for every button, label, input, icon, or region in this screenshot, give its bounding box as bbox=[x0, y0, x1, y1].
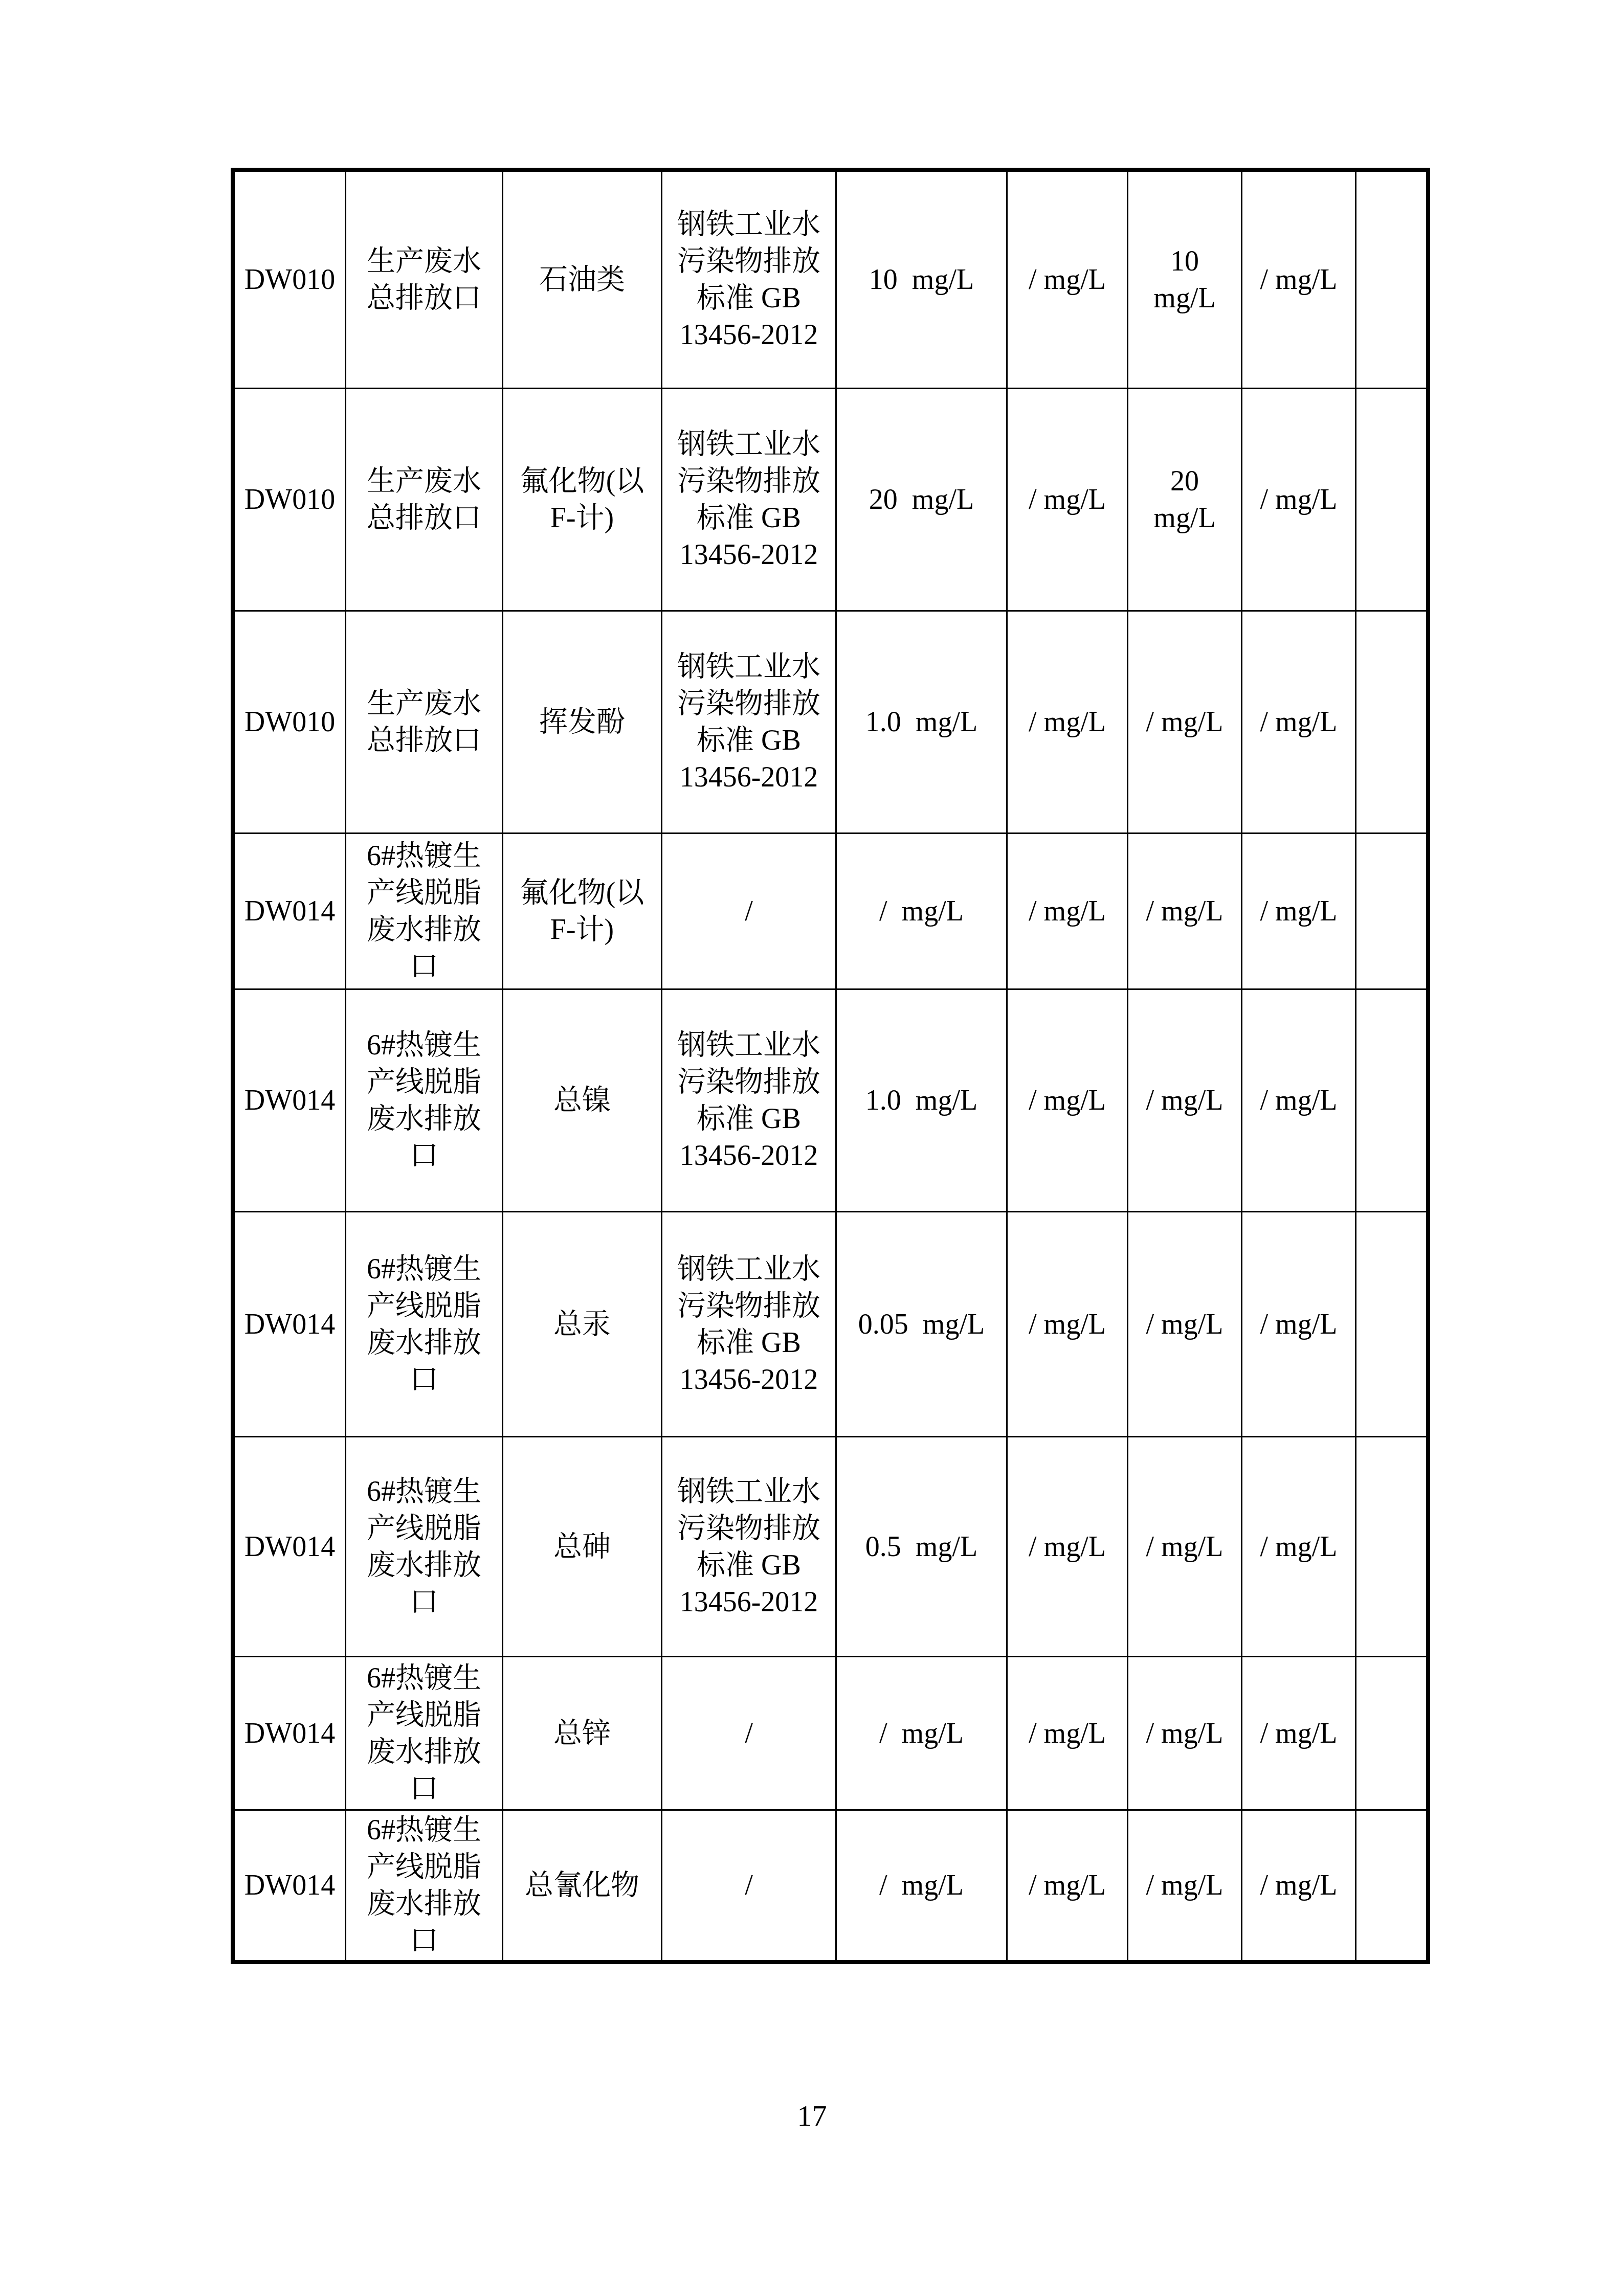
cell-standard: / bbox=[662, 1657, 837, 1811]
cell-blank bbox=[1356, 834, 1426, 990]
cell-value2: / mg/L bbox=[1128, 612, 1242, 834]
cell-outlet-code: DW014 bbox=[235, 1212, 346, 1437]
cell-outlet-name: 6#热镀生 产线脱脂 废水排放 口 bbox=[346, 834, 503, 990]
cell-limit: / mg/L bbox=[837, 834, 1008, 990]
cell-pollutant: 挥发酚 bbox=[503, 612, 662, 834]
cell-blank bbox=[1356, 612, 1426, 834]
cell-blank bbox=[1356, 389, 1426, 612]
document-page: DW010 生产废水 总排放口 石油类 钢铁工业水 污染物排放 标准 GB 13… bbox=[0, 0, 1624, 2296]
page-number: 17 bbox=[0, 2101, 1624, 2131]
cell-blank bbox=[1356, 172, 1426, 389]
cell-standard: 钢铁工业水 污染物排放 标准 GB 13456-2012 bbox=[662, 389, 837, 612]
cell-outlet-name: 6#热镀生 产线脱脂 废水排放 口 bbox=[346, 990, 503, 1212]
cell-value1: / mg/L bbox=[1008, 990, 1128, 1212]
cell-outlet-code: DW010 bbox=[235, 612, 346, 834]
cell-pollutant: 总氰化物 bbox=[503, 1811, 662, 1960]
monitoring-table: DW010 生产废水 总排放口 石油类 钢铁工业水 污染物排放 标准 GB 13… bbox=[231, 168, 1430, 1964]
cell-outlet-name: 6#热镀生 产线脱脂 废水排放 口 bbox=[346, 1212, 503, 1437]
cell-outlet-name: 生产废水 总排放口 bbox=[346, 389, 503, 612]
cell-limit: 10 mg/L bbox=[837, 172, 1008, 389]
cell-outlet-code: DW010 bbox=[235, 389, 346, 612]
cell-outlet-code: DW010 bbox=[235, 172, 346, 389]
cell-standard: 钢铁工业水 污染物排放 标准 GB 13456-2012 bbox=[662, 990, 837, 1212]
cell-value1: / mg/L bbox=[1008, 389, 1128, 612]
cell-value3: / mg/L bbox=[1242, 1437, 1356, 1657]
cell-blank bbox=[1356, 1657, 1426, 1811]
cell-value3: / mg/L bbox=[1242, 389, 1356, 612]
cell-pollutant: 总汞 bbox=[503, 1212, 662, 1437]
cell-standard: / bbox=[662, 1811, 837, 1960]
cell-value1: / mg/L bbox=[1008, 1657, 1128, 1811]
cell-outlet-code: DW014 bbox=[235, 1657, 346, 1811]
cell-value3: / mg/L bbox=[1242, 612, 1356, 834]
cell-value3: / mg/L bbox=[1242, 172, 1356, 389]
cell-standard: 钢铁工业水 污染物排放 标准 GB 13456-2012 bbox=[662, 1212, 837, 1437]
cell-value1: / mg/L bbox=[1008, 1437, 1128, 1657]
cell-value2: / mg/L bbox=[1128, 1437, 1242, 1657]
cell-limit: 20 mg/L bbox=[837, 389, 1008, 612]
cell-outlet-code: DW014 bbox=[235, 834, 346, 990]
cell-outlet-name: 生产废水 总排放口 bbox=[346, 612, 503, 834]
cell-blank bbox=[1356, 1437, 1426, 1657]
cell-value2: / mg/L bbox=[1128, 834, 1242, 990]
cell-blank bbox=[1356, 1811, 1426, 1960]
cell-value1: / mg/L bbox=[1008, 834, 1128, 990]
cell-value2: / mg/L bbox=[1128, 1657, 1242, 1811]
cell-value3: / mg/L bbox=[1242, 1212, 1356, 1437]
cell-value3: / mg/L bbox=[1242, 1811, 1356, 1960]
cell-outlet-code: DW014 bbox=[235, 990, 346, 1212]
cell-limit: 1.0 mg/L bbox=[837, 990, 1008, 1212]
cell-value3: / mg/L bbox=[1242, 1657, 1356, 1811]
cell-blank bbox=[1356, 1212, 1426, 1437]
cell-pollutant: 氟化物(以 F-计) bbox=[503, 389, 662, 612]
cell-value1: / mg/L bbox=[1008, 1212, 1128, 1437]
cell-outlet-code: DW014 bbox=[235, 1437, 346, 1657]
cell-standard: 钢铁工业水 污染物排放 标准 GB 13456-2012 bbox=[662, 1437, 837, 1657]
cell-standard: / bbox=[662, 834, 837, 990]
cell-standard: 钢铁工业水 污染物排放 标准 GB 13456-2012 bbox=[662, 172, 837, 389]
cell-value1: / mg/L bbox=[1008, 172, 1128, 389]
cell-standard: 钢铁工业水 污染物排放 标准 GB 13456-2012 bbox=[662, 612, 837, 834]
cell-pollutant: 总锌 bbox=[503, 1657, 662, 1811]
cell-pollutant: 总镍 bbox=[503, 990, 662, 1212]
cell-value2: 10 mg/L bbox=[1128, 172, 1242, 389]
cell-outlet-code: DW014 bbox=[235, 1811, 346, 1960]
cell-limit: 1.0 mg/L bbox=[837, 612, 1008, 834]
cell-limit: / mg/L bbox=[837, 1811, 1008, 1960]
cell-limit: 0.05 mg/L bbox=[837, 1212, 1008, 1437]
cell-pollutant: 石油类 bbox=[503, 172, 662, 389]
cell-limit: / mg/L bbox=[837, 1657, 1008, 1811]
cell-value2: / mg/L bbox=[1128, 1811, 1242, 1960]
cell-value2: / mg/L bbox=[1128, 1212, 1242, 1437]
cell-value3: / mg/L bbox=[1242, 990, 1356, 1212]
cell-value2: 20 mg/L bbox=[1128, 389, 1242, 612]
cell-value1: / mg/L bbox=[1008, 1811, 1128, 1960]
cell-value3: / mg/L bbox=[1242, 834, 1356, 990]
cell-blank bbox=[1356, 990, 1426, 1212]
cell-value1: / mg/L bbox=[1008, 612, 1128, 834]
cell-limit: 0.5 mg/L bbox=[837, 1437, 1008, 1657]
cell-outlet-name: 6#热镀生 产线脱脂 废水排放 口 bbox=[346, 1811, 503, 1960]
cell-value2: / mg/L bbox=[1128, 990, 1242, 1212]
cell-outlet-name: 生产废水 总排放口 bbox=[346, 172, 503, 389]
cell-pollutant: 氟化物(以 F-计) bbox=[503, 834, 662, 990]
cell-pollutant: 总砷 bbox=[503, 1437, 662, 1657]
cell-outlet-name: 6#热镀生 产线脱脂 废水排放 口 bbox=[346, 1657, 503, 1811]
cell-outlet-name: 6#热镀生 产线脱脂 废水排放 口 bbox=[346, 1437, 503, 1657]
